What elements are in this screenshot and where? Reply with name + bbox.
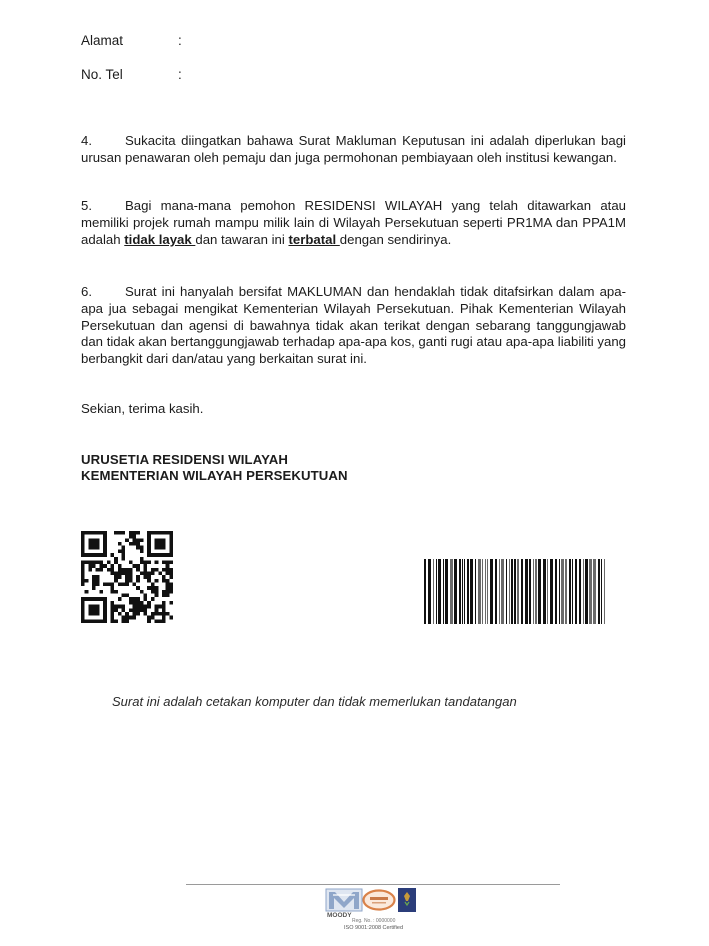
- iso-certification: ISO 9001:2008 Certified: [344, 925, 403, 931]
- paragraph-5-text-middle: dan tawaran ini: [195, 232, 288, 247]
- emphasis-tidak-layak: tidak layak: [124, 232, 195, 247]
- paragraph-4: 4.Sukacita diingatkan bahawa Surat Maklu…: [81, 133, 626, 167]
- paragraph-4-text: Sukacita diingatkan bahawa Surat Makluma…: [81, 133, 626, 165]
- signature-line-2: KEMENTERIAN WILAYAH PERSEKUTUAN: [81, 468, 348, 483]
- field-alamat-label: Alamat: [81, 33, 123, 48]
- barcode-icon: [424, 559, 607, 624]
- registration-number: Reg. No. : 0000000: [352, 918, 395, 924]
- paragraph-6: 6.Surat ini hanyalah bersifat MAKLUMAN d…: [81, 284, 626, 368]
- emphasis-terbatal: terbatal: [288, 232, 339, 247]
- field-alamat: Alamat :: [0, 33, 709, 51]
- certification-seal-icon: [362, 889, 396, 911]
- ukas-logo-icon: [398, 888, 416, 912]
- field-no-tel: No. Tel :: [0, 67, 709, 85]
- field-alamat-colon: :: [178, 33, 182, 48]
- paragraph-5-text-after: dengan sendirinya.: [340, 232, 451, 247]
- closing-text: Sekian, terima kasih.: [81, 401, 203, 416]
- signature-line-1: URUSETIA RESIDENSI WILAYAH: [81, 452, 288, 467]
- paragraph-4-number: 4.: [81, 133, 125, 150]
- paragraph-6-text: Surat ini hanyalah bersifat MAKLUMAN dan…: [81, 284, 626, 366]
- paragraph-6-number: 6.: [81, 284, 125, 301]
- qr-code-icon: [81, 531, 173, 623]
- computer-generated-note: Surat ini adalah cetakan komputer dan ti…: [112, 694, 517, 709]
- footer-divider: [186, 884, 560, 885]
- field-no-tel-colon: :: [178, 67, 182, 82]
- moody-brand-text: MOODY: [327, 912, 352, 919]
- paragraph-5-number: 5.: [81, 198, 125, 215]
- paragraph-5: 5.Bagi mana-mana pemohon RESIDENSI WILAY…: [81, 198, 626, 248]
- field-no-tel-label: No. Tel: [81, 67, 123, 82]
